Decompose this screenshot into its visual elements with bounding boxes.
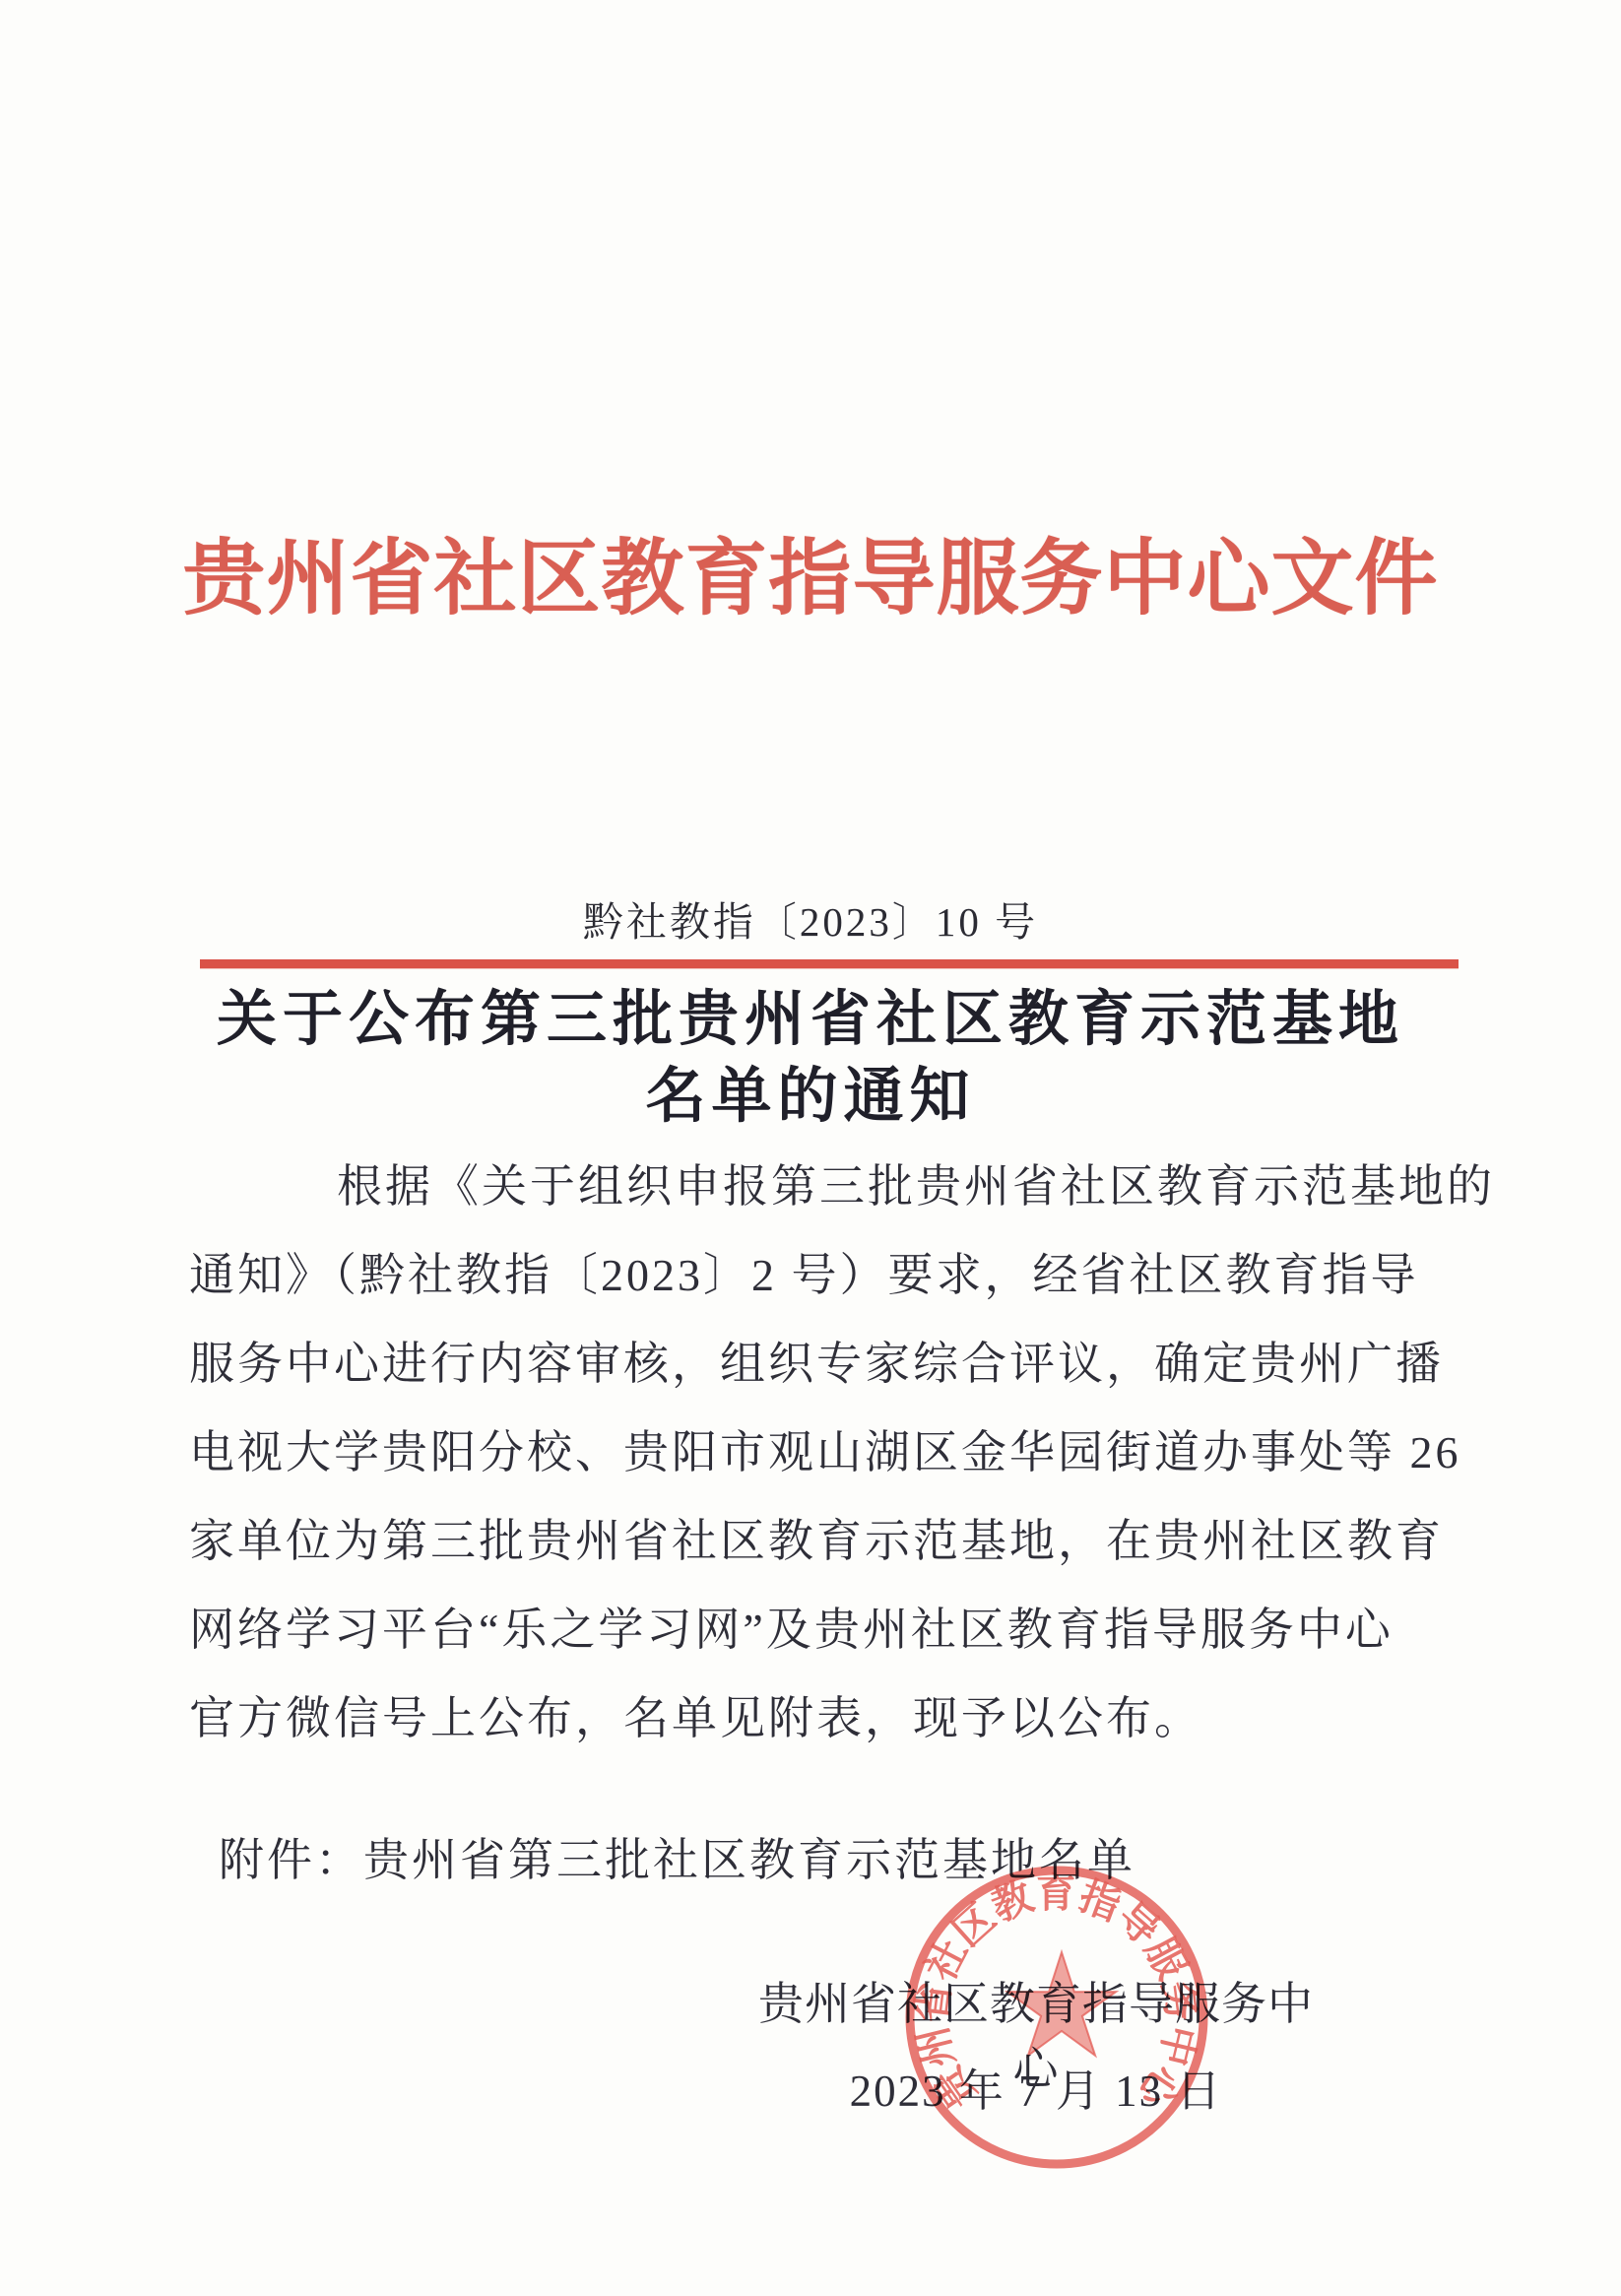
document-number: 黔社教指〔2023〕10 号 xyxy=(0,889,1621,948)
official-document-page: 贵州省社区教育指导服务中心文件 黔社教指〔2023〕10 号 关于公布第三批贵州… xyxy=(0,0,1621,2296)
body-paragraph: 根据《关于组织申报第三批贵州省社区教育示范基地的 通知》（黔社教指〔2023〕2… xyxy=(189,1143,1459,1763)
body-line-text: 通知》（黔社教指〔2023〕2 号）要求，经省社区教育指导 xyxy=(189,1231,1419,1320)
body-line-text: 官方微信号上公布，名单见附表，现予以公布。 xyxy=(189,1693,1202,1743)
red-separator-line xyxy=(200,959,1459,968)
official-seal-stamp: 贵州省社区教育指导服务中心 xyxy=(899,1860,1214,2175)
body-line: 官方微信号上公布，名单见附表，现予以公布。 xyxy=(189,1674,1459,1763)
body-line-text: 家单位为第三批贵州省社区教育示范基地，在贵州社区教育 xyxy=(189,1497,1444,1586)
document-header-title: 贵州省社区教育指导服务中心文件 xyxy=(0,526,1621,633)
document-title-line1: 关于公布第三批贵州省社区教育示范基地 xyxy=(0,982,1621,1059)
body-line-text: 服务中心进行内容审核，组织专家综合评议，确定贵州广播 xyxy=(189,1320,1444,1409)
body-line: 服务中心进行内容审核，组织专家综合评议，确定贵州广播 xyxy=(189,1320,1459,1409)
body-line: 电视大学贵阳分校、贵阳市观山湖区金华园街道办事处等 26 xyxy=(189,1409,1459,1497)
body-line: 根据《关于组织申报第三批贵州省社区教育示范基地的 xyxy=(189,1143,1459,1231)
body-line-text: 电视大学贵阳分校、贵阳市观山湖区金华园街道办事处等 26 xyxy=(189,1409,1461,1497)
document-title: 关于公布第三批贵州省社区教育示范基地 名单的通知 xyxy=(0,982,1621,1136)
document-title-line2: 名单的通知 xyxy=(0,1059,1621,1136)
body-line: 通知》（黔社教指〔2023〕2 号）要求，经省社区教育指导 xyxy=(189,1231,1459,1320)
body-line: 网络学习平台“乐之学习网”及贵州社区教育指导服务中心 xyxy=(189,1586,1459,1674)
body-line-text: 根据《关于组织申报第三批贵州省社区教育示范基地的 xyxy=(337,1161,1495,1212)
body-line-text: 网络学习平台“乐之学习网”及贵州社区教育指导服务中心 xyxy=(189,1586,1394,1674)
seal-star-icon xyxy=(1007,1952,1116,2056)
body-line: 家单位为第三批贵州省社区教育示范基地，在贵州社区教育 xyxy=(189,1497,1459,1586)
